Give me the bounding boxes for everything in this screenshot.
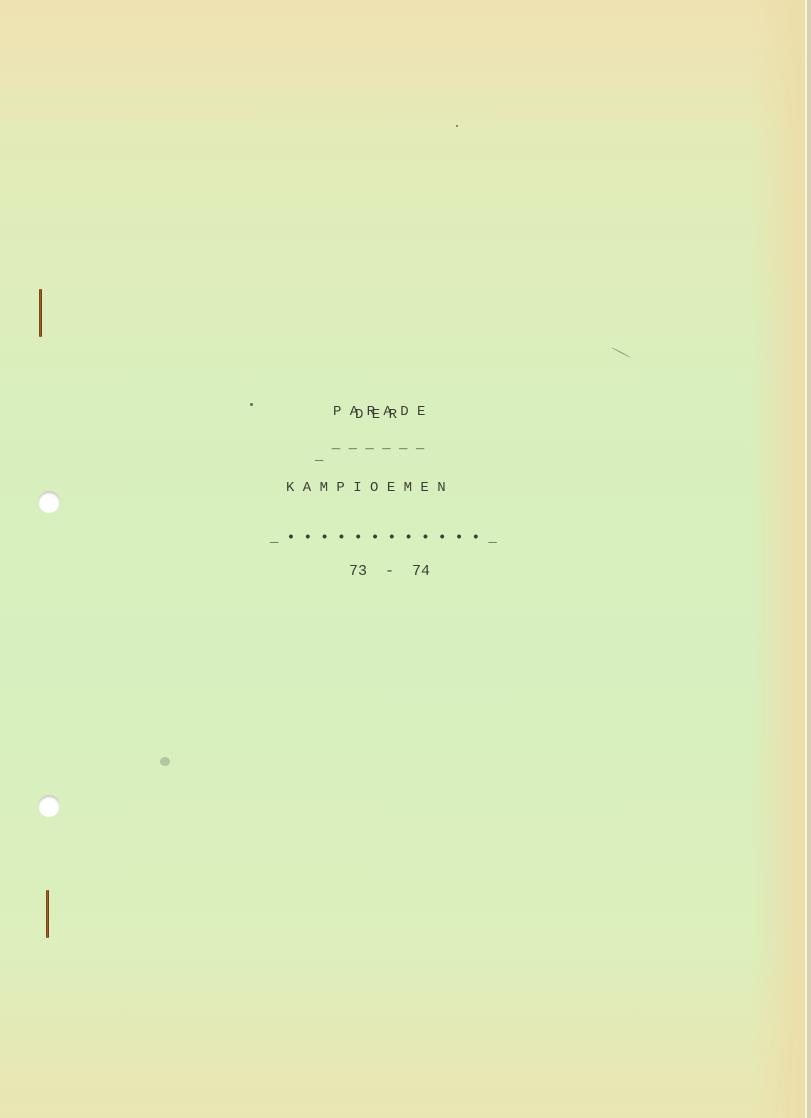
punch-hole-top [38,491,60,513]
paper-top-discoloration [0,0,811,140]
paper-bottom-discoloration [0,958,811,1118]
staple-bottom [46,890,49,938]
title-der: D E R [355,407,397,423]
staple-top [39,289,42,337]
season-years: 73 - 74 [349,564,430,580]
paper-right-edge-discoloration [751,0,811,1118]
paper-speck [456,125,458,127]
title-kampioenen-underline: _ • • • • • • • • • • • • _ [270,530,497,546]
punch-hole-bottom [38,795,60,817]
paper-speck [250,403,253,406]
paper-smudge [160,757,170,766]
title-kampioenen: K A M P I O E M E N _ • • • • • • • • • … [270,448,497,562]
paper-edge-shadow [807,0,811,1118]
paper-scratch [611,347,631,358]
